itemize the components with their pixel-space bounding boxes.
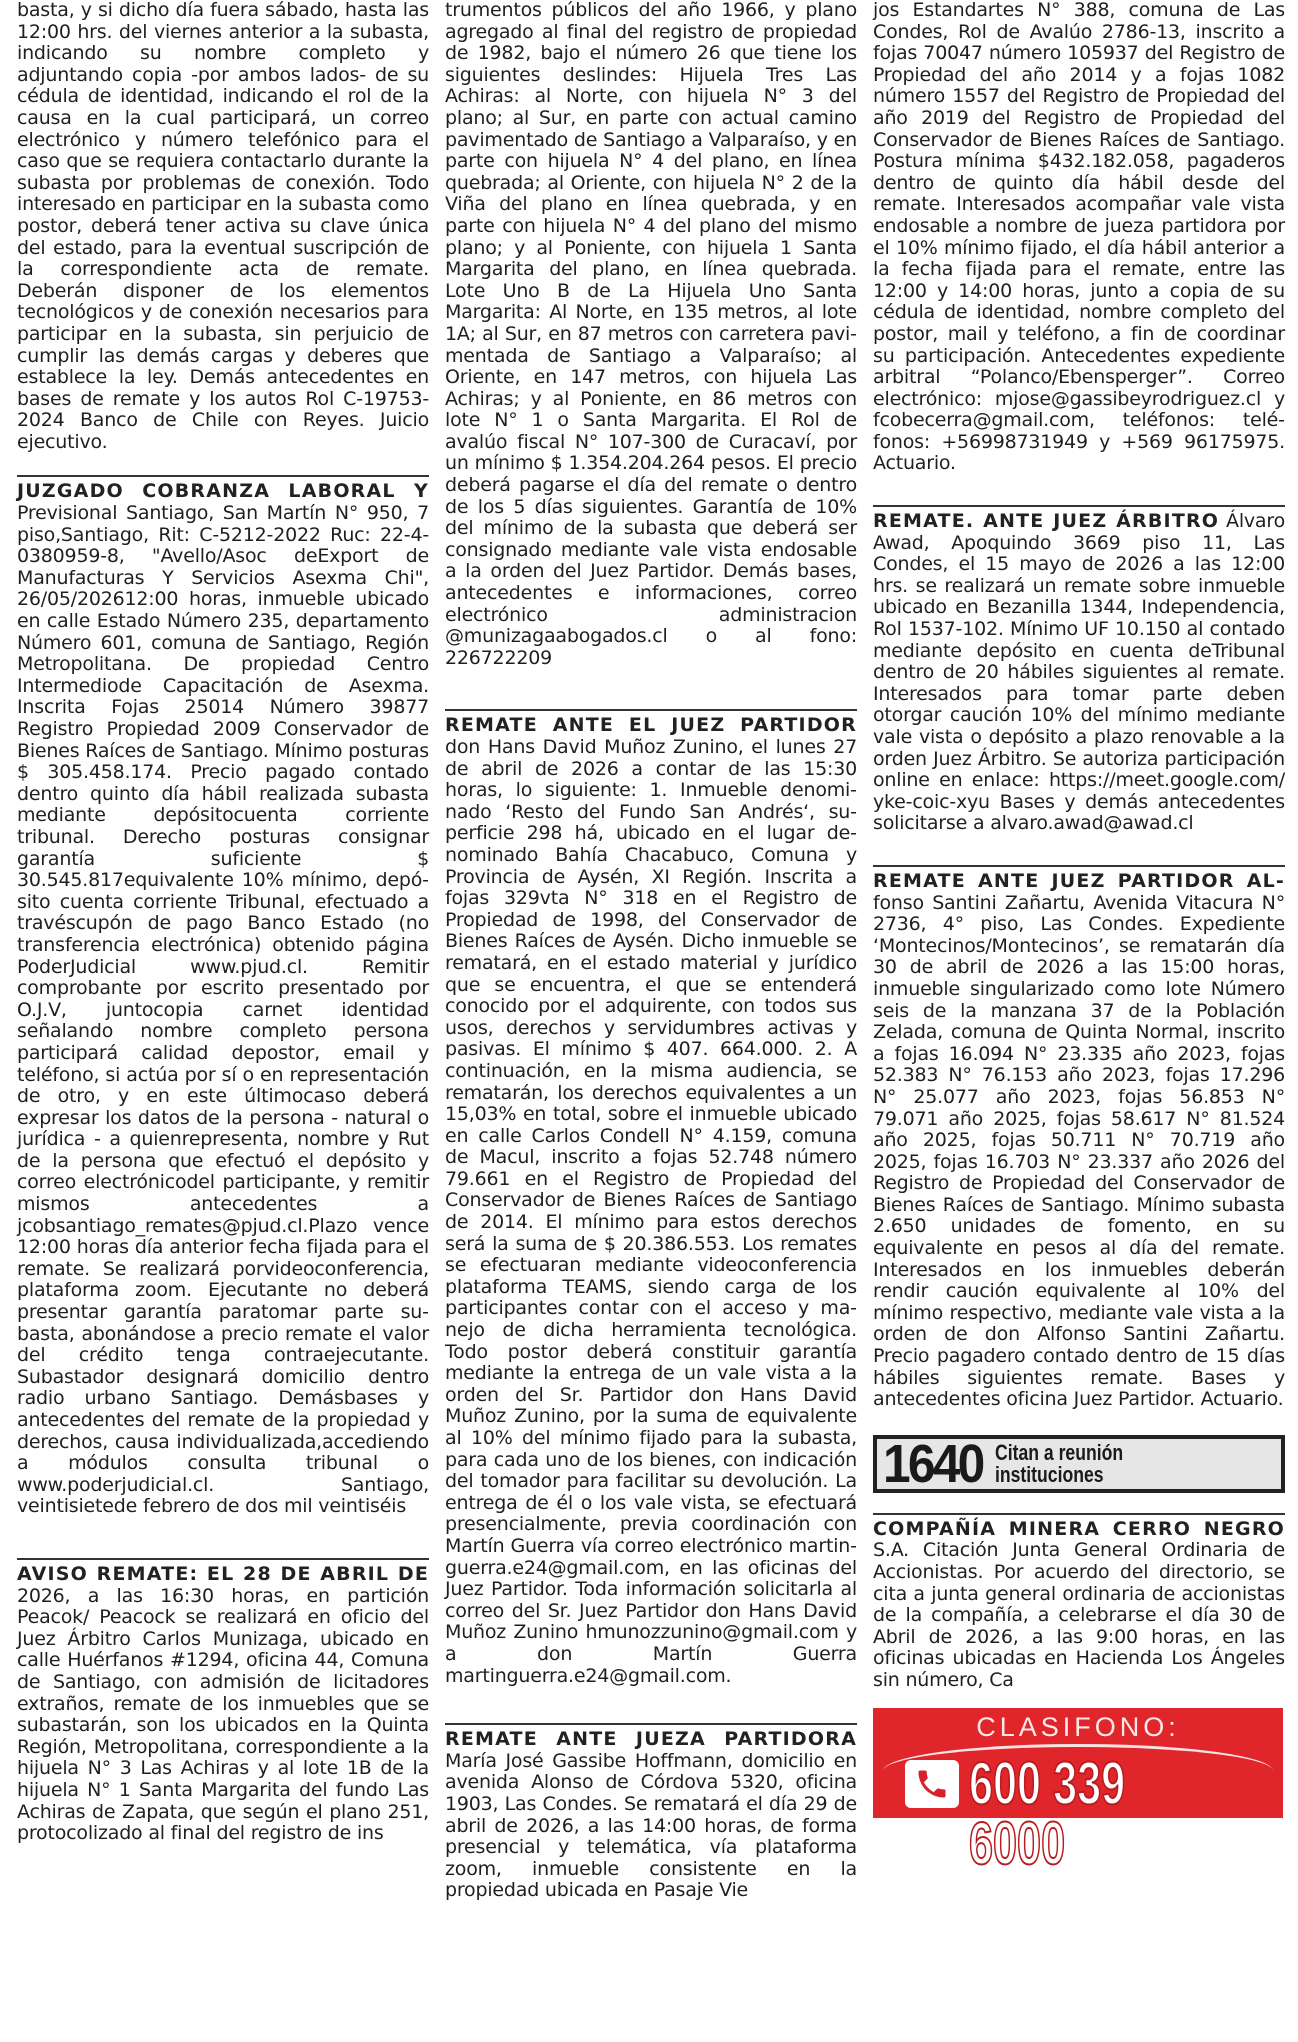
phone-icon-glyph [914, 1766, 950, 1802]
notice-juzgado-cobranza: JUZGADO COBRANZA LABORAL Y Previsional S… [17, 481, 429, 1518]
notice-body: Previsional Santiago, San Martín N° 950,… [17, 502, 429, 1517]
rubric-label: Citan a reunión instituciones [995, 1442, 1123, 1486]
clasifono-number: 600 339 6000 [969, 1754, 1195, 1874]
notice-body: jos Estandartes N° 388, comuna de Las Co… [873, 0, 1285, 474]
rubric-label-line-2: instituciones [995, 1462, 1104, 1487]
notice-heading: REMATE ANTE EL JUEZ PARTIDOR [445, 714, 857, 736]
notice-remate-juez-arbitro: REMATE. ANTE JUEZ ÁRBITRO Álvaro Awad, A… [873, 511, 1285, 835]
divider [445, 1723, 857, 1725]
column-1: basta, y si dicho día fuera sábado, hast… [17, 0, 429, 1845]
divider [17, 1558, 429, 1560]
notice-body: 2026, a las 16:30 horas, en partición Pe… [17, 1585, 429, 1845]
notice-aviso-remate: AVISO REMATE: EL 28 DE ABRIL DE 2026, a … [17, 1564, 429, 1845]
divider [873, 865, 1285, 867]
notice-body: S.A. Citación Junta General Ordinaria de… [873, 1539, 1285, 1691]
section-rubric: 1640 Citan a reunión instituciones [873, 1435, 1285, 1493]
notice-body: fonso Santini Zañartu, Avenida Vitacura … [873, 892, 1285, 1411]
notice-heading: AVISO REMATE: EL 28 DE ABRIL DE [17, 1563, 429, 1585]
rubric-number: 1640 [883, 1433, 982, 1495]
notice-remate-juez-partidor-santini: REMATE ANTE JUEZ PARTIDOR AL- fonso Sant… [873, 871, 1285, 1411]
notice-continuation: jos Estandartes N° 388, comuna de Las Co… [873, 0, 1285, 475]
column-2: trumentos públicos del año 1966, y plano… [445, 0, 857, 1902]
notice-heading: REMATE. ANTE JUEZ ÁRBITRO [873, 510, 1219, 532]
clasifono-title: CLASIFONO: [873, 1712, 1283, 1743]
column-3: jos Estandartes N° 388, comuna de Las Co… [873, 0, 1285, 1818]
notice-heading: JUZGADO COBRANZA LABORAL Y [17, 480, 429, 502]
notice-remate-jueza-partidora: REMATE ANTE JUEZA PARTIDORA María José G… [445, 1729, 857, 1902]
clasifono-banner: CLASIFONO: 600 339 6000 [873, 1708, 1283, 1818]
divider [17, 475, 429, 477]
phone-icon [905, 1760, 959, 1808]
notice-body: Álvaro Awad, Apoquindo 3669 piso 11, Las… [873, 510, 1285, 834]
notice-heading: REMATE ANTE JUEZ PARTIDOR AL- [873, 870, 1285, 892]
notice-body: basta, y si dicho día fuera sábado, hast… [17, 0, 429, 453]
divider [873, 1513, 1285, 1515]
notice-body: María José Gassibe Hoffmann, domicilio e… [445, 1750, 857, 1902]
notice-body: don Hans David Muñoz Zunino, el lunes 27… [445, 736, 857, 1687]
divider [873, 505, 1285, 507]
notice-continuation: trumentos públicos del año 1966, y plano… [445, 0, 857, 669]
notice-continuation: basta, y si dicho día fuera sábado, hast… [17, 0, 429, 453]
divider [445, 709, 857, 711]
notice-body: trumentos públicos del año 1966, y plano… [445, 0, 857, 669]
notice-compania-minera: COMPAÑÍA MINERA CERRO NEGRO S.A. Citació… [873, 1519, 1285, 1692]
notice-remate-juez-partidor: REMATE ANTE EL JUEZ PARTIDOR don Hans Da… [445, 715, 857, 1687]
notice-heading: REMATE ANTE JUEZA PARTIDORA [445, 1728, 857, 1750]
notice-heading: COMPAÑÍA MINERA CERRO NEGRO [873, 1518, 1285, 1540]
